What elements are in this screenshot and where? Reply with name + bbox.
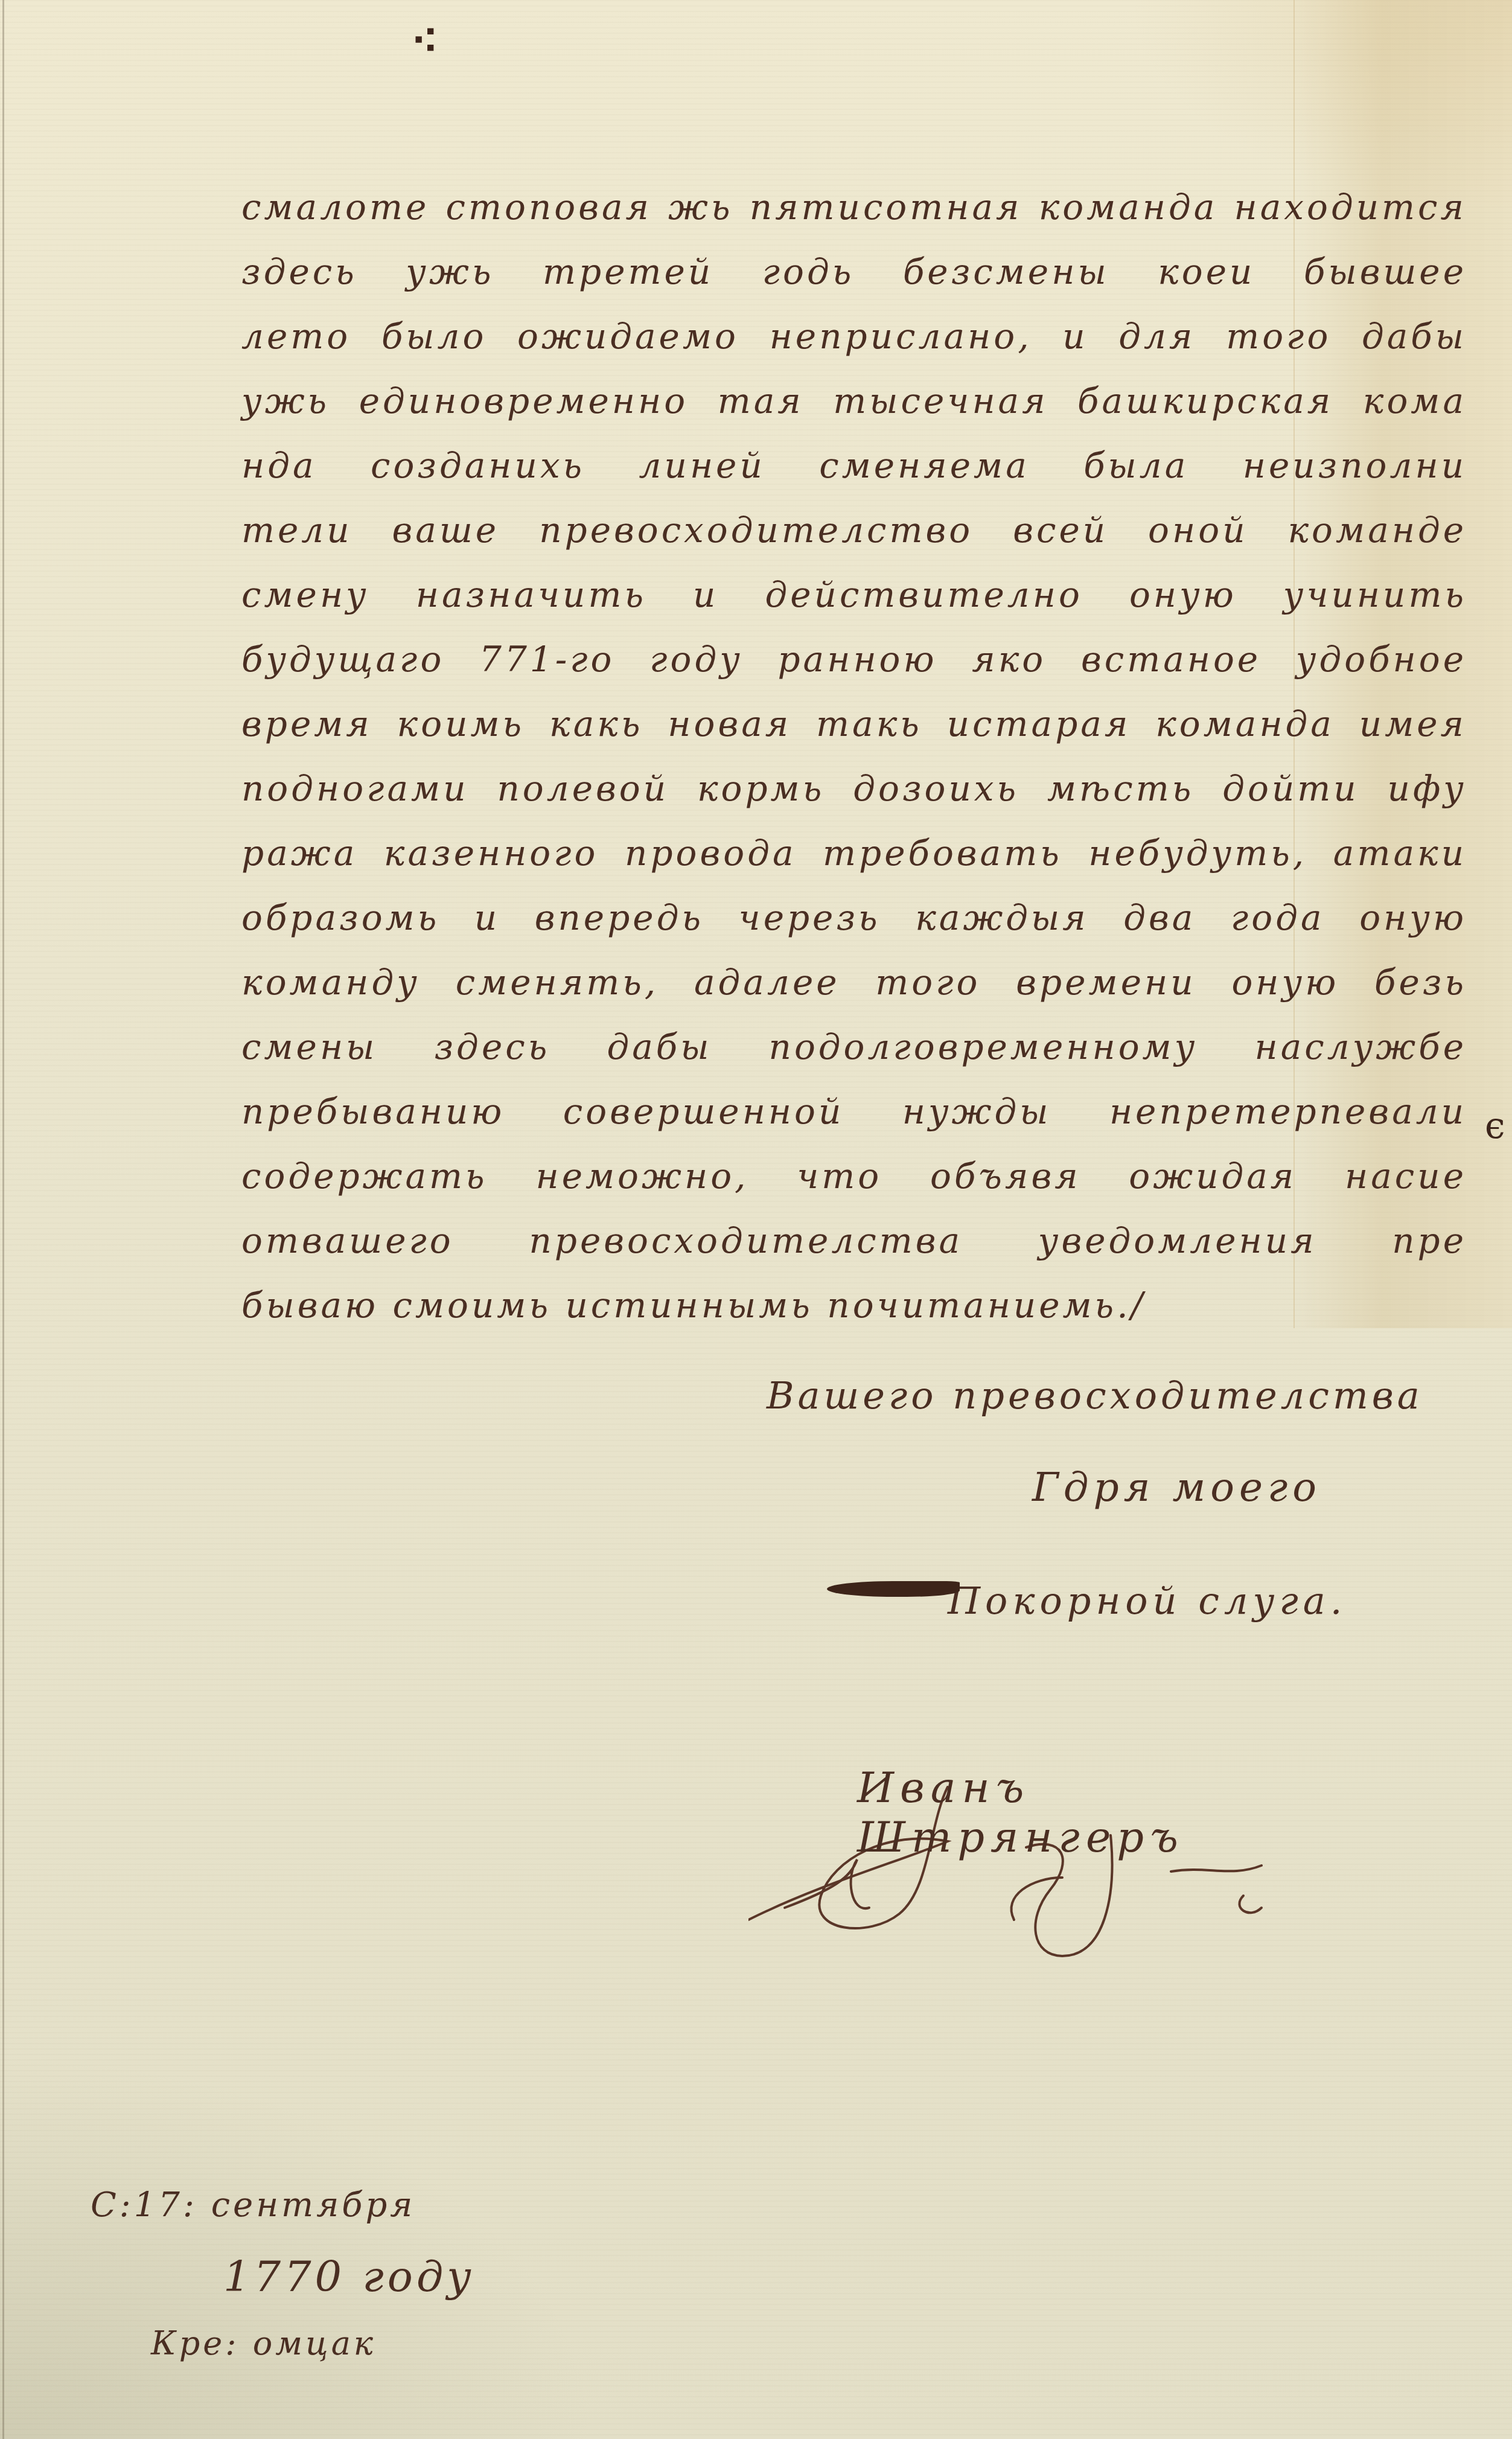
body-line: подногами полевой кормь дозоихь мѣсть до… xyxy=(241,756,1467,821)
body-line: пребыванию совершенной нужды непретерпев… xyxy=(241,1079,1467,1144)
body-line: отвашего превосходителства уведомления п… xyxy=(241,1209,1467,1273)
closing-line-1: Вашего превосходителства xyxy=(767,1373,1479,1464)
body-line: смены здесь дабы подолговременному наслу… xyxy=(241,1015,1467,1079)
body-line: команду сменять, адалее того времени ону… xyxy=(241,950,1467,1015)
signature-name: Иванъ Штрянгеръ xyxy=(857,1763,1292,1862)
signature: Иванъ Штрянгеръ xyxy=(748,1739,1292,1992)
date-year: 1770 году xyxy=(223,2252,573,2324)
body-line: здесь ужь третей годь безсмены коеи бывш… xyxy=(241,240,1467,304)
body-line: смалоте стоповая жь пятисотная команда н… xyxy=(241,175,1467,240)
closing-line-3: Покорной слуга. xyxy=(948,1579,1479,1699)
body-line: ража казенного провода требовать небудут… xyxy=(241,821,1467,886)
body-line: смену назначить и действително оную учин… xyxy=(241,563,1467,627)
body-line: нда созданихь линей сменяема была неизпо… xyxy=(241,433,1467,498)
top-ink-mark: ⁖ xyxy=(410,12,439,69)
date-day-month: С:17: сентября xyxy=(91,2185,573,2252)
date-place: Кре: омцак xyxy=(151,2324,573,2373)
body-line: содержать неможно, что объявя ожидая нас… xyxy=(241,1144,1467,1209)
margin-mark: ϵ xyxy=(1485,1105,1505,1147)
body-line: бываю смоимь истиннымь почитаниемь./ xyxy=(241,1273,1467,1338)
body-line: ужь единовременно тая тысечная башкирска… xyxy=(241,369,1467,433)
body-line: лето было ожидаемо неприслано, и для тог… xyxy=(241,304,1467,369)
body-line: будущаго 771-го году ранною яко встаное … xyxy=(241,627,1467,692)
letter-body: смалоте стоповая жь пятисотная команда н… xyxy=(241,175,1467,1338)
date-block: С:17: сентября 1770 году Кре: омцак xyxy=(91,2185,573,2373)
body-line: тели ваше превосходителство всей оной ко… xyxy=(241,498,1467,563)
closing-line-2: Гдря моего xyxy=(1032,1464,1479,1579)
body-line: образомь и впередь черезь каждыя два год… xyxy=(241,886,1467,950)
body-line: время коимь какь новая такь истарая кома… xyxy=(241,692,1467,756)
page-edge xyxy=(2,0,4,2439)
closing-formula: Вашего превосходителства Гдря моего Поко… xyxy=(767,1373,1479,1699)
document-page: ⁖ смалоте стоповая жь пятисотная команда… xyxy=(0,0,1512,2439)
